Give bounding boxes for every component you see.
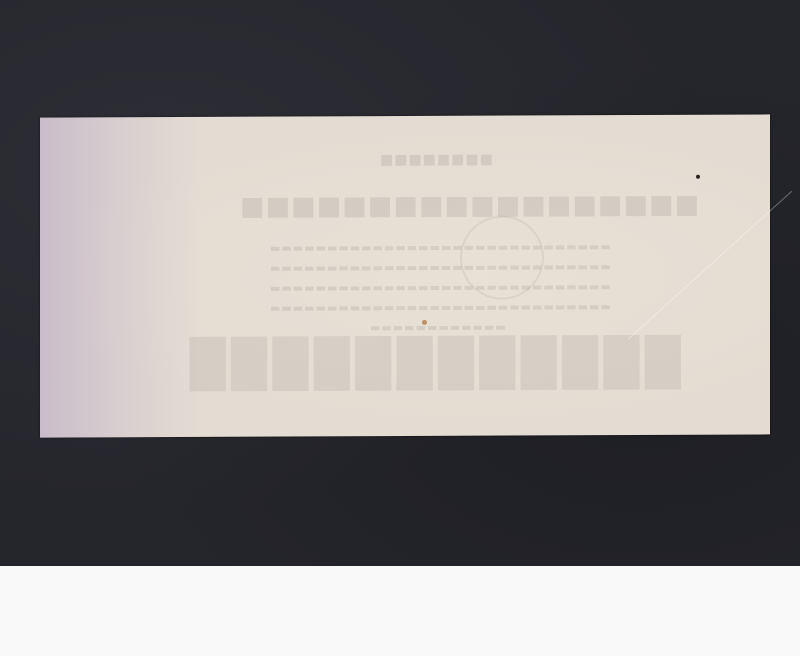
show-through-text-line: ▬▬▬▬▬▬▬▬▬▬▬▬▬▬▬▬▬▬▬▬▬▬▬▬▬▬▬▬▬▬ xyxy=(270,260,612,274)
show-through-heading: ■■■■■■■■ xyxy=(380,152,494,168)
white-base-strip xyxy=(0,566,800,656)
show-through-text-line: ▬▬▬▬▬▬▬▬▬▬▬▬▬▬▬▬▬▬▬▬▬▬▬▬▬▬▬▬▬▬ xyxy=(270,280,612,294)
rust-spot xyxy=(422,320,427,325)
ink-dot xyxy=(696,175,700,179)
show-through-text-line: ▬▬▬▬▬▬▬▬▬▬▬▬ xyxy=(370,321,507,335)
show-through-denomination: ████████████ xyxy=(190,335,687,391)
show-through-title: ■■■■■■■■■■■■■■■■■■ xyxy=(240,190,700,222)
show-through-text-line: ▬▬▬▬▬▬▬▬▬▬▬▬▬▬▬▬▬▬▬▬▬▬▬▬▬▬▬▬▬▬ xyxy=(270,240,612,254)
banknote: ■■■■■■■■ ■■■■■■■■■■■■■■■■■■ ▬▬▬▬▬▬▬▬▬▬▬▬… xyxy=(40,114,770,437)
show-through-text-line: ▬▬▬▬▬▬▬▬▬▬▬▬▬▬▬▬▬▬▬▬▬▬▬▬▬▬▬▬▬▬ xyxy=(270,300,612,314)
